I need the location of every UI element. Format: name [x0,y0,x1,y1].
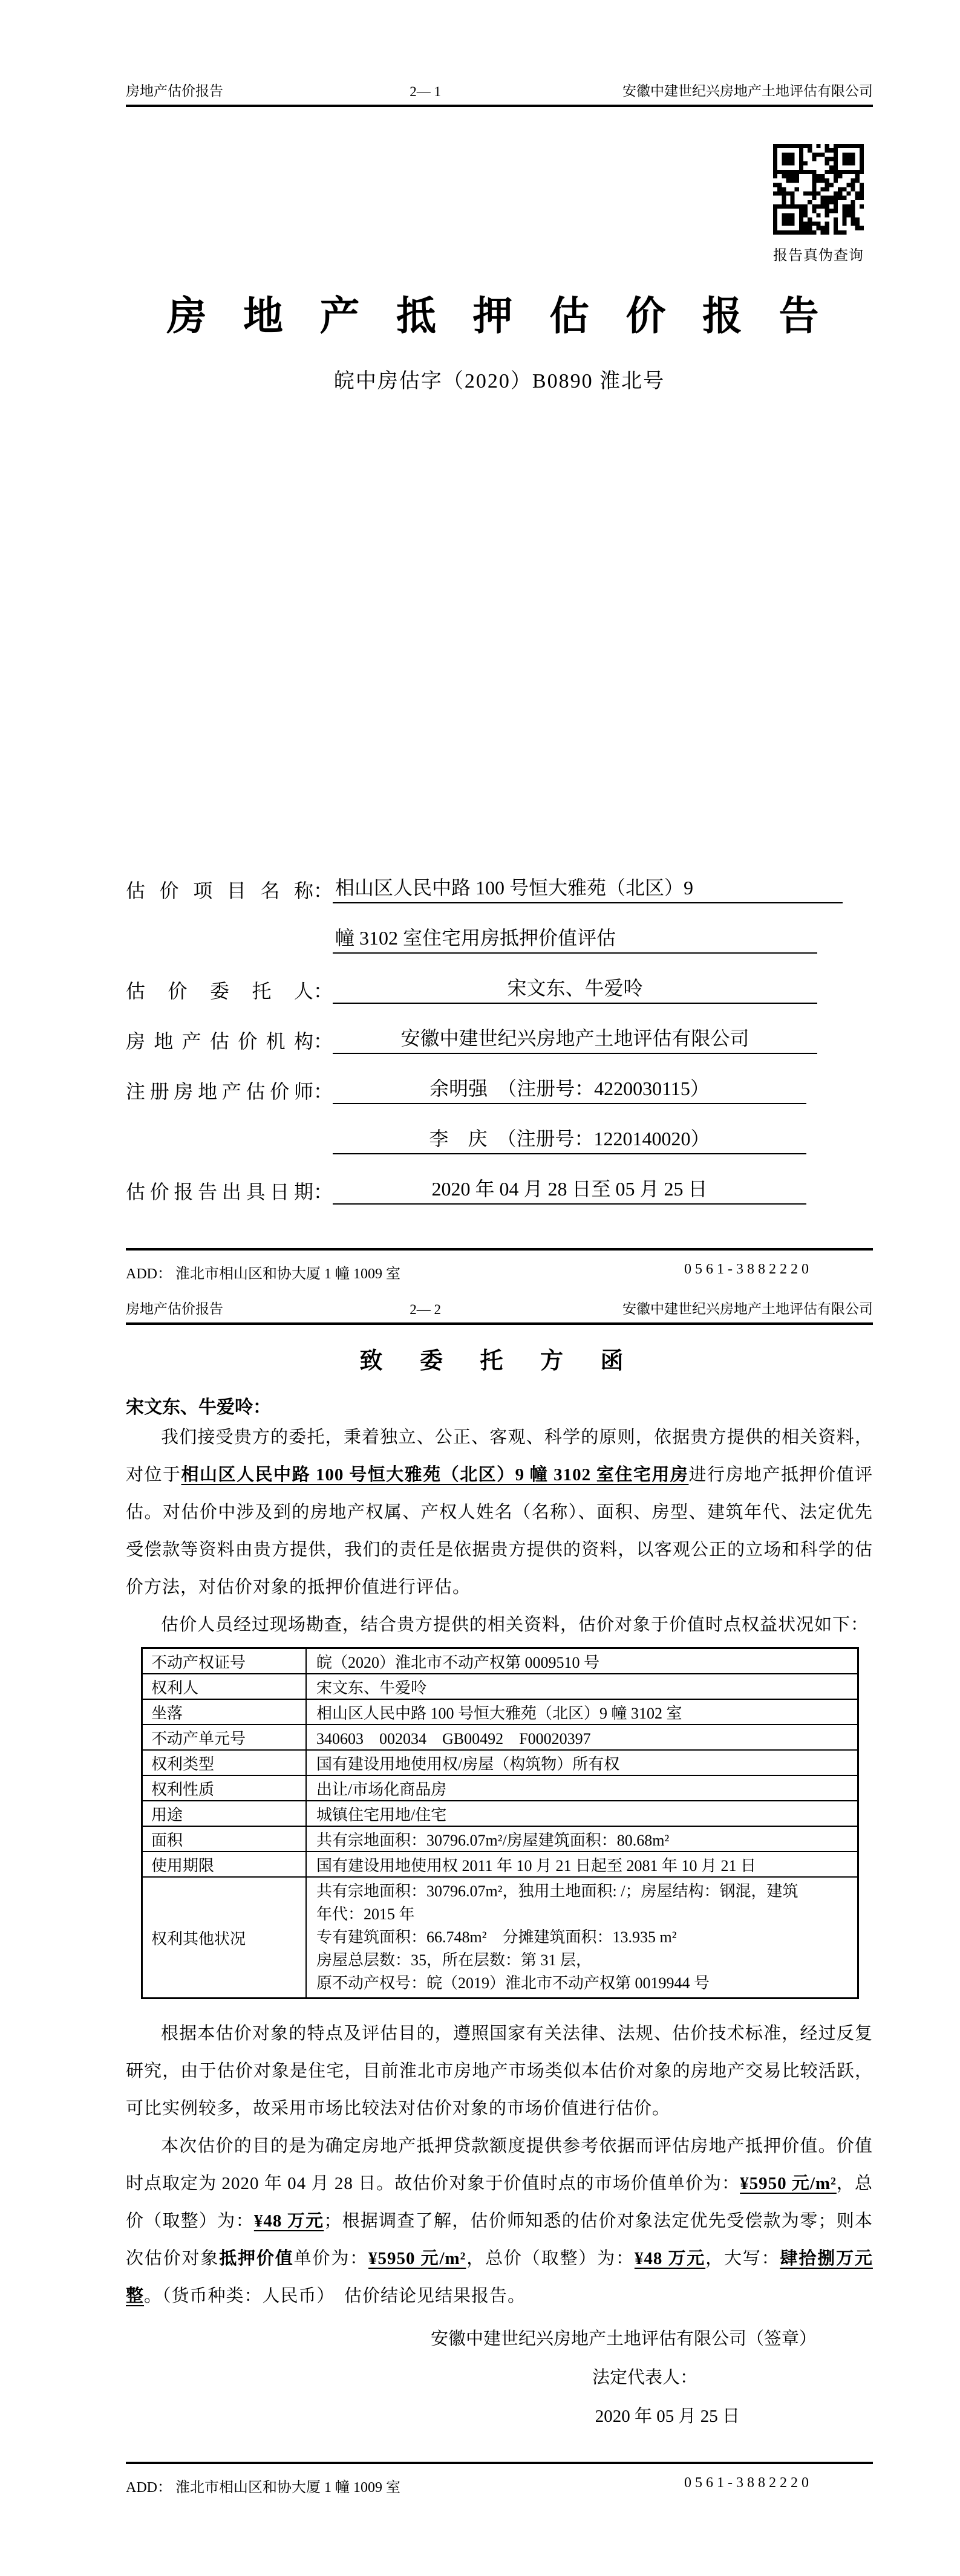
table-row: 面积共有宗地面积：30796.07m²/房屋建筑面积：80.68m² [142,1826,858,1852]
footer-address: ADD： 淮北市相山区和协大厦 1 幢 1009 室 [126,2475,400,2496]
signature-legal-rep: 法定代表人： [126,2358,873,2397]
field-project-name-cont: 幢 3102 室住宅用房抵押价值评估 [126,903,873,954]
cover-page: 房地产估价报告 2— 1 安徽中建世纪兴房地产土地评估有限公司 房 地 产 抵 … [0,0,960,1288]
header-doc-type: 房地产估价报告 [126,80,410,100]
header-page-number: 2— 1 [410,84,514,100]
field-value: 安徽中建世纪兴房地产土地评估有限公司 [333,1023,817,1054]
paragraph-engagement: 我们接受贵方的委托，秉着独立、公正、客观、科学的原则，依据贵方提供的相关资料，对… [126,1419,873,1606]
field-label: 注册房地产估价师 [126,1076,313,1104]
field-label: 估价报告出具日期 [126,1177,313,1205]
field-colon: ： [313,1026,333,1054]
row-value: 相山区人民中路 100 号恒大雅苑（北区）9 幢 3102 室 [306,1699,858,1725]
footer-address: ADD： 淮北市相山区和协大厦 1 幢 1009 室 [126,1261,400,1283]
page-footer: ADD： 淮北市相山区和协大厦 1 幢 1009 室 0561-3882220 [126,1248,873,1283]
row-label: 权利人 [142,1674,307,1699]
letter-body-upper: 我们接受贵方的委托，秉着独立、公正、客观、科学的原则，依据贵方提供的相关资料，对… [126,1419,873,1644]
letter-body-lower: 根据本估价对象的特点及评估目的，遵照国家有关法律、法规、估价技术标准，经过反复研… [126,2015,873,2315]
field-value: 宋文东、牛爱呤 [333,973,817,1004]
field-colon: ： [313,876,333,903]
signature-block: 安徽中建世纪兴房地产土地评估有限公司（签章） 法定代表人： 2020 年 05 … [126,2320,873,2436]
row-label: 权利类型 [142,1750,307,1775]
qr-caption: 报告真伪查询 [773,243,864,264]
report-document: 房地产估价报告 2— 1 安徽中建世纪兴房地产土地评估有限公司 房 地 产 抵 … [0,0,960,2576]
field-value: 余明强 （注册号：4220030115） [333,1073,806,1104]
row-label: 坐落 [142,1699,307,1725]
row-value: 出让/市场化商品房 [306,1775,858,1801]
field-value: 幢 3102 室住宅用房抵押价值评估 [333,923,817,954]
footer-phone: 0561-3882220 [684,2475,873,2496]
field-report-date: 估价报告出具日期： 2020 年 04 月 28 日至 05 月 25 日 [126,1154,873,1205]
report-number: 皖中房估字（2020）B0890 淮北号 [126,364,873,394]
paragraph-survey: 估价人员经过现场勘查，结合贵方提供的相关资料，估价对象于价值时点权益状况如下： [126,1606,873,1644]
table-row: 不动产权证号皖（2020）淮北市不动产权第 0009510 号 [142,1648,858,1674]
header-page-number: 2— 2 [410,1302,514,1318]
table-row-other-rights: 权利其他状况 共有宗地面积：30796.07m²，独用土地面积: /；房屋结构：… [142,1877,858,1999]
table-row: 用途城镇住宅用地/住宅 [142,1801,858,1826]
row-value: 共有宗地面积：30796.07m²/房屋建筑面积：80.68m² [306,1826,858,1852]
signature-date: 2020 年 05 月 25 日 [126,2397,873,2436]
row-label: 权利其他状况 [142,1877,307,1999]
header-doc-type: 房地产估价报告 [126,1298,410,1318]
paragraph-method: 根据本估价对象的特点及评估目的，遵照国家有关法律、法规、估价技术标准，经过反复研… [126,2015,873,2127]
field-label: 估 价 项 目 名 称 [126,876,313,903]
page-footer: ADD： 淮北市相山区和协大厦 1 幢 1009 室 0561-3882220 [126,2462,873,2496]
field-client: 估 价 委 托 人： 宋文东、牛爱呤 [126,954,873,1004]
row-label: 权利性质 [142,1775,307,1801]
signature-company: 安徽中建世纪兴房地产土地评估有限公司（签章） [126,2320,873,2358]
page-header: 房地产估价报告 2— 1 安徽中建世纪兴房地产土地评估有限公司 [126,0,873,100]
row-value: 皖（2020）淮北市不动产权第 0009510 号 [306,1648,858,1674]
row-label: 用途 [142,1801,307,1826]
field-label: 房地产估价机构 [126,1026,313,1054]
field-value: 相山区人民中路 100 号恒大雅苑（北区）9 [333,873,843,903]
field-appraiser-2: 李 庆 （注册号：1220140020） [126,1104,873,1154]
report-verification-block: 报告真伪查询 [773,144,864,264]
field-appraiser-1: 注册房地产估价师： 余明强 （注册号：4220030115） [126,1054,873,1104]
header-rule [126,1322,873,1325]
field-colon: ： [313,1177,333,1205]
footer-phone: 0561-3882220 [684,1261,873,1283]
page-header: 房地产估价报告 2— 2 安徽中建世纪兴房地产土地评估有限公司 [126,1288,873,1318]
header-rule [126,105,873,107]
qr-code [773,144,864,235]
letter-salutation: 宋文东、牛爱呤： [126,1392,873,1419]
paragraph-valuation-result: 本次估价的目的是为确定房地产抵押贷款额度提供参考依据而评估房地产抵押价值。价值时… [126,2127,873,2315]
field-value: 李 庆 （注册号：1220140020） [333,1124,806,1154]
field-value: 2020 年 04 月 28 日至 05 月 25 日 [333,1174,806,1205]
table-row: 权利类型国有建设用地使用权/房屋（构筑物）所有权 [142,1750,858,1775]
field-colon: ： [313,1076,333,1104]
table-row: 使用期限国有建设用地使用权 2011 年 10 月 21 日起至 2081 年 … [142,1852,858,1877]
table-row: 权利人宋文东、牛爱呤 [142,1674,858,1699]
header-company-name: 安徽中建世纪兴房地产土地评估有限公司 [514,1298,873,1318]
cover-fields: 估 价 项 目 名 称： 相山区人民中路 100 号恒大雅苑（北区）9 幢 31… [126,853,873,1205]
field-project-name: 估 价 项 目 名 称： 相山区人民中路 100 号恒大雅苑（北区）9 [126,853,873,903]
table-row: 不动产单元号340603 002034 GB00492 F00020397 [142,1725,858,1750]
row-value: 国有建设用地使用权 2011 年 10 月 21 日起至 2081 年 10 月… [306,1852,858,1877]
letter-page: 房地产估价报告 2— 2 安徽中建世纪兴房地产土地评估有限公司 致 委 托 方 … [0,1288,960,2576]
table-row: 坐落相山区人民中路 100 号恒大雅苑（北区）9 幢 3102 室 [142,1699,858,1725]
row-label: 使用期限 [142,1852,307,1877]
field-agency: 房地产估价机构： 安徽中建世纪兴房地产土地评估有限公司 [126,1004,873,1054]
letter-title: 致 委 托 方 函 [126,1342,873,1375]
property-rights-table: 不动产权证号皖（2020）淮北市不动产权第 0009510 号 权利人宋文东、牛… [141,1647,859,1999]
table-row: 权利性质出让/市场化商品房 [142,1775,858,1801]
row-label: 不动产权证号 [142,1648,307,1674]
row-value: 国有建设用地使用权/房屋（构筑物）所有权 [306,1750,858,1775]
row-value: 城镇住宅用地/住宅 [306,1801,858,1826]
field-label: 估 价 委 托 人 [126,976,313,1004]
row-value: 340603 002034 GB00492 F00020397 [306,1725,858,1750]
row-label: 面积 [142,1826,307,1852]
row-value: 宋文东、牛爱呤 [306,1674,858,1699]
field-colon: ： [313,976,333,1004]
row-label: 不动产单元号 [142,1725,307,1750]
row-value: 共有宗地面积：30796.07m²，独用土地面积: /；房屋结构：钢混，建筑 年… [306,1877,858,1999]
report-title: 房 地 产 抵 押 估 价 报 告 [126,284,873,341]
header-company-name: 安徽中建世纪兴房地产土地评估有限公司 [514,80,873,100]
